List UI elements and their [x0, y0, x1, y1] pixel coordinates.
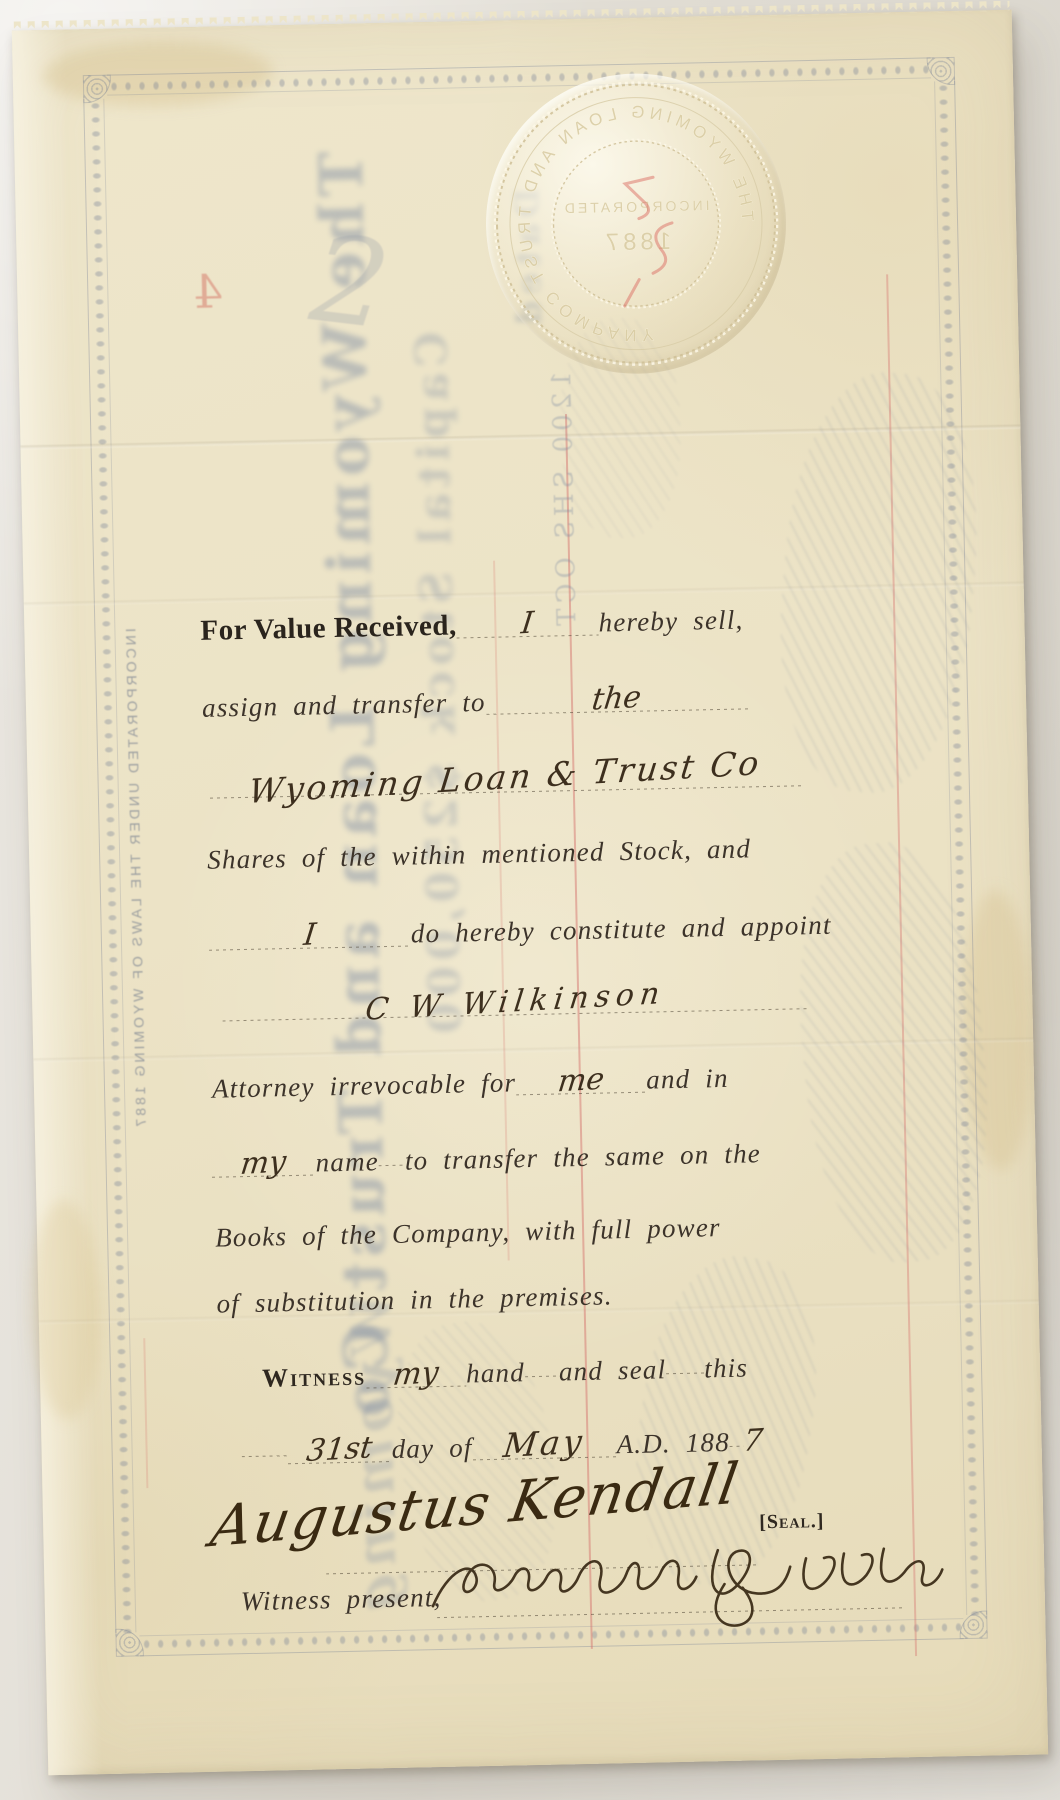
witness-present-label: Witness present,	[240, 1582, 441, 1617]
witness-signature-scrawl	[423, 1483, 946, 1634]
and-seal-text: and seal	[559, 1354, 667, 1387]
principal-fill: I	[208, 916, 411, 955]
seal-center-line1: INCORPORATED	[562, 197, 710, 216]
handwritten-the: the	[590, 680, 643, 718]
red-check-numeral: 4	[193, 264, 223, 319]
for-value-received-label: For Value Received,	[200, 609, 457, 647]
pencil-scrawl-numeral: 2	[304, 210, 396, 357]
hereby-sell-text: hereby sell,	[598, 604, 743, 638]
dash-spacer	[242, 1447, 288, 1461]
and-in-text: and in	[646, 1063, 729, 1096]
hand-word: hand	[466, 1357, 525, 1389]
transferee-fill: the	[485, 678, 748, 718]
border-corner-rosette	[959, 1611, 988, 1640]
dash-spacer	[666, 1365, 704, 1379]
embossed-corporate-seal: THE WYOMING LOAN AND TRUST COMPANY INCOR…	[483, 71, 789, 377]
for-whom-fill: me	[516, 1062, 647, 1100]
border-corner-rosette	[927, 57, 956, 86]
form-line-witness-present: Witness present,	[240, 1582, 441, 1617]
dash-spacer	[379, 1157, 405, 1170]
seller-name-fill: I	[456, 605, 599, 643]
this-word: this	[704, 1353, 748, 1385]
whose-name-fill: my	[211, 1145, 316, 1182]
month-fill: May	[472, 1422, 617, 1464]
handwritten-me: me	[556, 1062, 606, 1100]
handwritten-my: my	[239, 1144, 289, 1182]
assign-transfer-text: assign and transfer to	[202, 687, 486, 724]
border-right-band	[934, 81, 987, 1615]
day-fill: 31st	[287, 1431, 392, 1468]
day-of-text: day of	[391, 1432, 473, 1465]
seal-engraving: THE WYOMING LOAN AND TRUST COMPANY INCOR…	[483, 71, 789, 377]
witness-my-fill: my	[366, 1355, 467, 1392]
handwritten-i: I	[520, 606, 536, 642]
photograph-background: The Wyoming Loan and Trust Co Capital St…	[0, 0, 1060, 1800]
seal-center-line2: 1887	[601, 228, 671, 256]
handwritten-my-2: my	[391, 1355, 441, 1393]
seal-ring-text: THE WYOMING LOAN AND TRUST COMPANY	[512, 100, 759, 347]
handwritten-i-2: I	[302, 917, 318, 953]
border-corner-rosette	[83, 75, 112, 104]
transfer-same-text: to transfer the same on the	[405, 1138, 762, 1176]
svg-text:THE WYOMING LOAN AND TRUST COM: THE WYOMING LOAN AND TRUST COMPANY	[512, 100, 759, 347]
certificate-back-paper: The Wyoming Loan and Trust Co Capital St…	[12, 10, 1048, 1776]
handwritten-month: May	[502, 1421, 588, 1465]
handwritten-year-digit: 7	[742, 1423, 765, 1459]
border-corner-rosette	[115, 1628, 144, 1657]
witness-word: Witness	[262, 1362, 367, 1394]
dash-spacer	[525, 1368, 559, 1382]
attorney-irrevocable-text: Attorney irrevocable for	[212, 1067, 517, 1104]
handwritten-day: 31st	[305, 1430, 375, 1469]
name-word: name	[315, 1146, 379, 1178]
